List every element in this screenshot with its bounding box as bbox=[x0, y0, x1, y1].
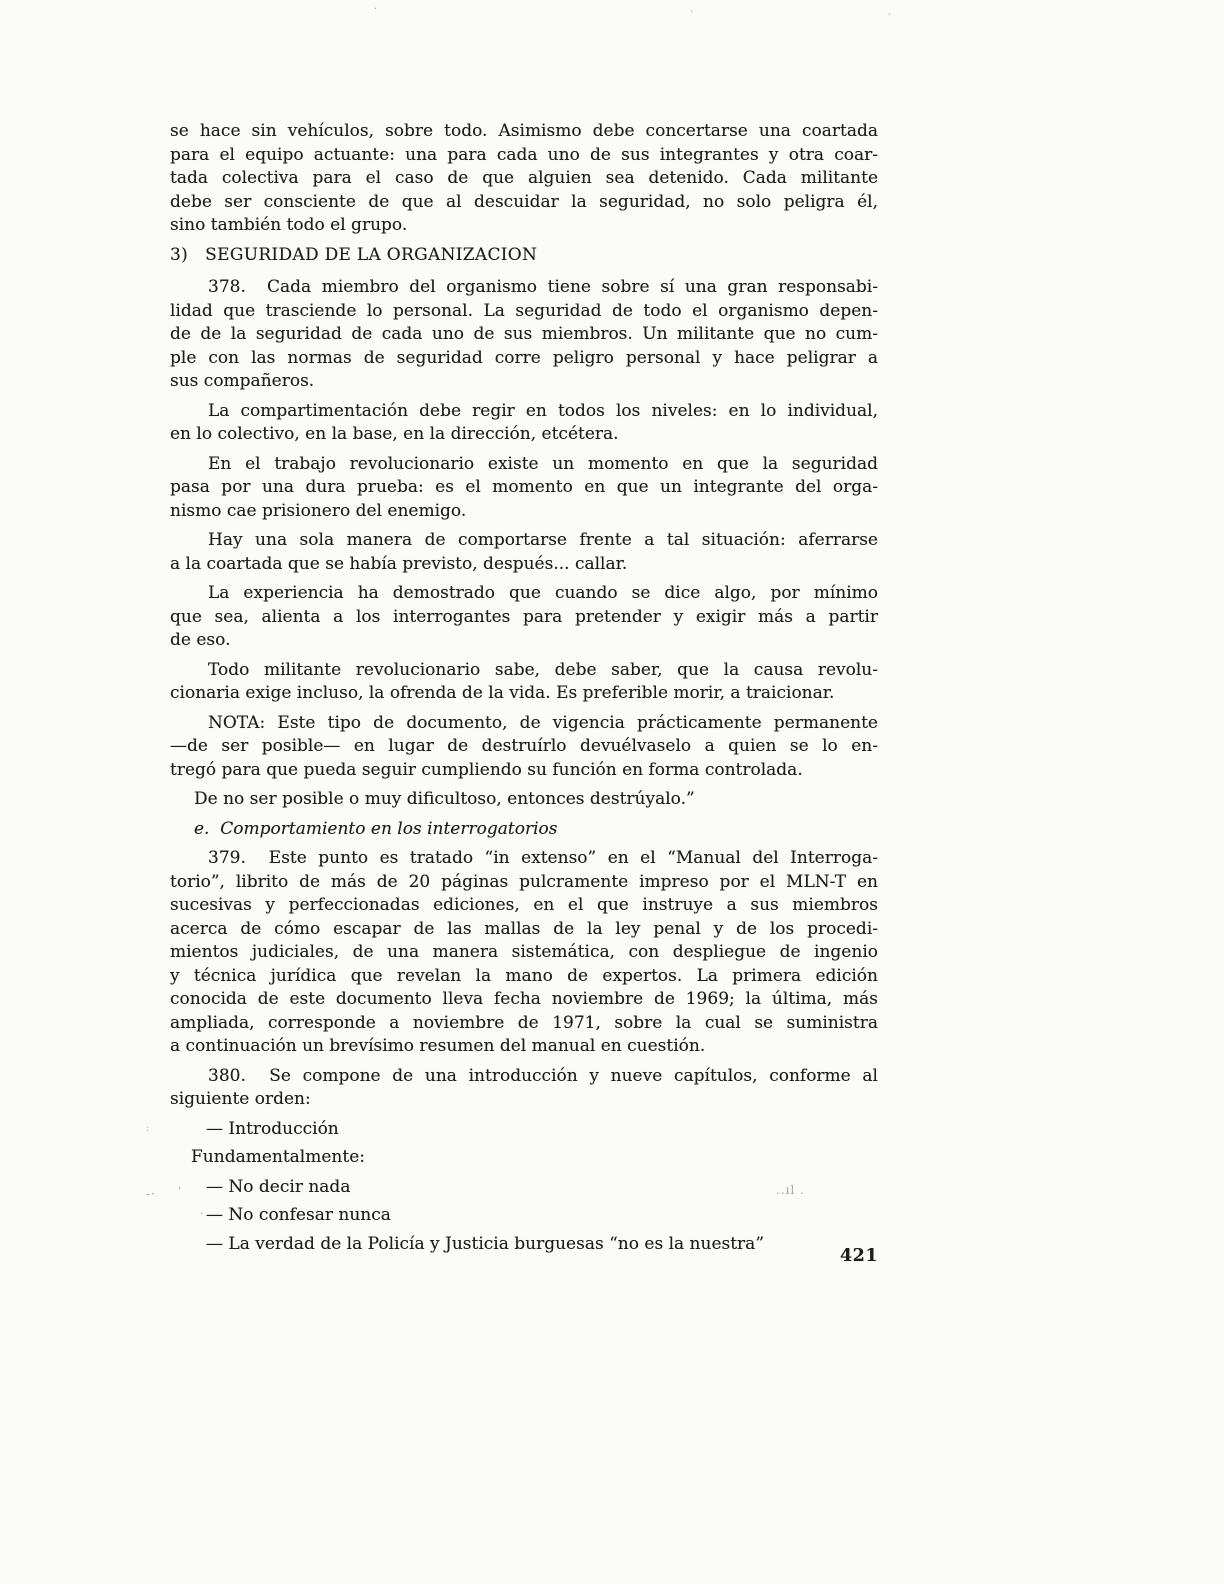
paragraph-continuation: se hace sin vehículos, sobre todo. Asimi… bbox=[170, 120, 878, 238]
text-line: tada colectiva para el caso de que algui… bbox=[170, 167, 878, 191]
text-line: pasa por una dura prueba: es el momento … bbox=[170, 476, 878, 500]
list-item-no-confesar-nunca: — No confesar nunca bbox=[170, 1204, 878, 1228]
paragraph-trabajo-revolucionario: En el trabajo revolucionario existe un m… bbox=[170, 453, 878, 524]
text-line: de eso. bbox=[170, 629, 878, 653]
text-line: conocida de este documento lleva fecha n… bbox=[170, 988, 878, 1012]
text-line: sino también todo el grupo. bbox=[170, 214, 878, 238]
text-line: e. Comportamiento en los interrogatorios bbox=[170, 818, 878, 842]
text-line: mientos judiciales, de una manera sistem… bbox=[170, 941, 878, 965]
scan-artifact: -· bbox=[146, 1188, 156, 1200]
paragraph-coartada: Hay una sola manera de comportarse frent… bbox=[170, 529, 878, 576]
text-line: — No confesar nunca bbox=[170, 1204, 878, 1228]
text-line: Hay una sola manera de comportarse frent… bbox=[170, 529, 878, 553]
section-heading: 3) SEGURIDAD DE LA ORGANIZACION bbox=[170, 244, 878, 268]
text-line: NOTA: Este tipo de documento, de vigenci… bbox=[170, 712, 878, 736]
text-line: a continuación un brevísimo resumen del … bbox=[170, 1035, 878, 1059]
paragraph-378: 378. Cada miembro del organismo tiene so… bbox=[170, 276, 878, 394]
text-line: nismo cae prisionero del enemigo. bbox=[170, 500, 878, 524]
text-line: 378. Cada miembro del organismo tiene so… bbox=[170, 276, 878, 300]
text-line: ampliada, corresponde a noviembre de 197… bbox=[170, 1012, 878, 1036]
text-line: En el trabajo revolucionario existe un m… bbox=[170, 453, 878, 477]
text-line: La experiencia ha demostrado que cuando … bbox=[170, 582, 878, 606]
text-line: — Introducción bbox=[170, 1118, 878, 1142]
list-label-fundamentalmente: Fundamentalmente: bbox=[170, 1146, 878, 1170]
text-line: se hace sin vehículos, sobre todo. Asimi… bbox=[170, 120, 878, 144]
page-number: 421 bbox=[170, 1246, 878, 1266]
text-line: lidad que trasciende lo personal. La seg… bbox=[170, 300, 878, 324]
text-line: tregó para que pueda seguir cumpliendo s… bbox=[170, 759, 878, 783]
text-line: — No decir nada bbox=[170, 1176, 878, 1200]
text-line: La compartimentación debe regir en todos… bbox=[170, 400, 878, 424]
text-block: se hace sin vehículos, sobre todo. Asimi… bbox=[170, 120, 878, 1261]
text-line: ple con las normas de seguridad corre pe… bbox=[170, 347, 878, 371]
text-line: cionaria exige incluso, la ofrenda de la… bbox=[170, 682, 878, 706]
scan-artifact: · bbox=[690, 8, 694, 18]
scan-artifact: · bbox=[888, 11, 892, 21]
text-line: de de la seguridad de cada uno de sus mi… bbox=[170, 323, 878, 347]
text-line: a la coartada que se había previsto, des… bbox=[170, 553, 878, 577]
text-line: 3) SEGURIDAD DE LA ORGANIZACION bbox=[170, 244, 878, 268]
text-line: sucesivas y perfeccionadas ediciones, en… bbox=[170, 894, 878, 918]
paragraph-todo-militante: Todo militante revolucionario sabe, debe… bbox=[170, 659, 878, 706]
text-line: torio”, librito de más de 20 páginas pul… bbox=[170, 871, 878, 895]
text-line: en lo colectivo, en la base, en la direc… bbox=[170, 423, 878, 447]
text-line: para el equipo actuante: una para cada u… bbox=[170, 144, 878, 168]
subheading-comportamiento: e. Comportamiento en los interrogatorios bbox=[170, 818, 878, 842]
text-line: De no ser posible o muy dificultoso, ent… bbox=[170, 788, 878, 812]
text-line: sus compañeros. bbox=[170, 370, 878, 394]
text-line: Fundamentalmente: bbox=[170, 1146, 878, 1170]
paragraph-380: 380. Se compone de una introducción y nu… bbox=[170, 1065, 878, 1112]
paragraph-379: 379. Este punto es tratado “in extenso” … bbox=[170, 847, 878, 1059]
scan-artifact: · bbox=[374, 5, 378, 15]
paragraph-compartimentacion: La compartimentación debe regir en todos… bbox=[170, 400, 878, 447]
paragraph-experiencia: La experiencia ha demostrado que cuando … bbox=[170, 582, 878, 653]
text-line: —de ser posible— en lugar de destruírlo … bbox=[170, 735, 878, 759]
list-item-no-decir-nada: — No decir nada bbox=[170, 1176, 878, 1200]
text-line: acerca de cómo escapar de las mallas de … bbox=[170, 918, 878, 942]
scan-artifact: : bbox=[146, 1124, 150, 1134]
text-line: 380. Se compone de una introducción y nu… bbox=[170, 1065, 878, 1089]
text-line: Todo militante revolucionario sabe, debe… bbox=[170, 659, 878, 683]
text-line: siguiente orden: bbox=[170, 1088, 878, 1112]
paragraph-nota: NOTA: Este tipo de documento, de vigenci… bbox=[170, 712, 878, 783]
text-line: y técnica jurídica que revelan la mano d… bbox=[170, 965, 878, 989]
paragraph-destruyalo: De no ser posible o muy dificultoso, ent… bbox=[170, 788, 878, 812]
text-line: 379. Este punto es tratado “in extenso” … bbox=[170, 847, 878, 871]
text-line: debe ser consciente de que al descuidar … bbox=[170, 191, 878, 215]
book-page: se hace sin vehículos, sobre todo. Asimi… bbox=[0, 0, 1224, 1584]
list-item-introduccion: — Introducción bbox=[170, 1118, 878, 1142]
text-line: que sea, alienta a los interrogantes par… bbox=[170, 606, 878, 630]
